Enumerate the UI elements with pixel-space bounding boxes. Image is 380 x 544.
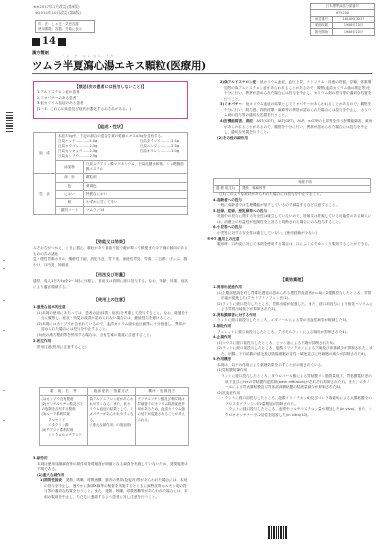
serious-side-effect: 4)肝機能障害、黄疸：AST(GOT)、ALT(GPT)、Al-P、γ-GTPの…: [213, 119, 373, 136]
composition-body: 本品7.5g中、下記の割合の混合生薬の乾燥エキス4.5gを含有する。 日局ハンゲ…: [56, 133, 188, 161]
herb: 日局カンゾウ………2.5g: [58, 154, 97, 159]
precautions-heading: 【使用上の注意】: [33, 297, 188, 303]
efficacy-indications: 急・慢性胃腸カタル、醗酵性下痢、消化不良、胃下垂、神経性胃炎、胃弱、二日酔、げっ…: [33, 257, 189, 268]
other-side-effects-title: (2)その他の副作用: [213, 136, 373, 142]
pharmacology-item: (2)ラットに経口前投与したところ、塩酸イリノテカンによる下痢及び体重減少が抑制…: [213, 346, 373, 357]
composition-heading: 【組成・性状】: [33, 124, 188, 130]
side-effect-title: 1)間質性肺炎: [40, 478, 62, 482]
property-name: 色: [56, 182, 84, 190]
serious-side-effect: 3)ミオパチー：低カリウム血症の結果としてミオパチーがあらわれることがあるので、…: [213, 102, 373, 119]
pharmacology-item: (1)上腹部愁訴を有し胃排出遅延の認められる慢性胃炎患者(n=8)に2週間投与し…: [213, 291, 373, 302]
revision-latest: ※※2017年1月改訂(第9版): [33, 4, 81, 10]
efficacy-description: みぞおちがつかえ、ときに悪心、嘔吐があり食欲不振で腹が鳴って軟便または下痢の傾向…: [33, 246, 189, 257]
side-effects-text: 本剤は使用成績調査等の副作用発現頻度が明確となる調査を実施していないため、発現頻…: [33, 462, 189, 473]
product-title: ツムラ半夏瀉心湯エキス顆粒(医療用): [32, 59, 206, 74]
column-header: 機序・危険因子: [136, 388, 189, 396]
frequency-header: 頻度不明: [240, 179, 371, 186]
side-barcode-icon: [6, 112, 13, 134]
interaction-subheading: 併用注意(併用に注意すること): [33, 345, 189, 351]
contraindications-box: 【禁忌(次の患者には投与しないこと)】 1.アルドステロン症の患者 2.ミオパチ…: [33, 81, 188, 119]
expiry-note: 使用期限：容器、外箱に表示: [38, 27, 92, 32]
other-side-effects-table: 頻度不明 過 敏 症注1)発疹、蕁麻疹等: [213, 178, 371, 193]
pharmacology-heading: 【薬効薬理】: [213, 277, 373, 283]
composition-table: 組 成 本品7.5g中、下記の割合の混合生薬の乾燥エキス4.5gを含有する。 日…: [33, 132, 188, 215]
column-header: 薬 剤 名 等: [40, 388, 88, 396]
additive-label: 添加物: [56, 161, 84, 174]
precaution-item: (1)本剤の使用にあたっては、患者の証(体質・症状)を考慮して投与すること。なお…: [33, 311, 189, 322]
property-name: 味: [56, 198, 84, 206]
interaction-table: 薬 剤 名 等 臨床症状・措置方法 機序・危険因子 (1)カンゾウ含有製剤 (2…: [39, 387, 189, 446]
right-column-mid: 注1)このような症状があらわれた場合には投与を中止すること。 4.高齢者への投与…: [213, 192, 373, 248]
property-value: 特異なにおい: [84, 190, 188, 198]
mechanism-item-text: ラットに経口投与したところ、タウロコール酸による胃粘膜リン脂質量低下、胃粘膜電位…: [213, 374, 373, 391]
dosage-heading: 【用法及び用量】: [33, 272, 188, 278]
product-number-text: 14: [42, 37, 56, 47]
side-effect-title: 4)肝機能障害、黄疸: [220, 119, 253, 123]
pharmacology-item: (2)ラットに経口投与したところ、胃排出能が促進した。また、経口前投与により塩化…: [213, 302, 373, 313]
efficacy-text: みぞおちがつかえ、ときに悪心、嘔吐があり食欲不振で腹が鳴って軟便または下痢の傾向…: [33, 246, 189, 268]
launch-value: 1986年10月: [333, 29, 375, 35]
interaction-drugs: (1)カンゾウ含有製剤 (2)グリチルリチン酸及びその塩類を含有する製剤 (3)…: [40, 396, 88, 446]
classification-table: 日本標準商品分類番号 875200 承認番号161AMI 3257 薬価収載19…: [310, 3, 375, 36]
drug-category: 漢方製剤: [32, 50, 49, 56]
black-square-icon: [32, 38, 40, 46]
herb-row: 日局カンゾウ………2.5g: [58, 154, 185, 159]
section-text: 妊娠中の投与に関する安全性は確立していないので、妊婦又は妊娠している可能性のある…: [213, 214, 373, 225]
pharmacology-body: 1.胃排出促進作用 (1)上腹部愁訴を有し胃排出遅延の認められる慢性胃炎患者(n…: [213, 285, 373, 419]
composition-label: 組 成: [34, 133, 56, 174]
pharmacology-text: ラットに経口前投与したところ、エタノールによる胃の出血性病変が軽減した3)。: [213, 318, 373, 324]
property-value: ツムラ／14: [84, 206, 188, 214]
revision-previous: ※2014年10月改訂(第8版): [33, 10, 81, 16]
property-value: 黄褐色: [84, 182, 188, 190]
side-effect-title: 2)偽アルドステロン症: [220, 80, 256, 84]
side-effects-section: 3.副作用 本剤は使用成績調査等の副作用発現頻度が明確となる調査を実施していない…: [33, 456, 189, 501]
revision-history: ※※2017年1月改訂(第9版) ※2014年10月改訂(第8版): [33, 4, 81, 16]
interaction-mechanism: グリチルリチン酸及び利尿剤は尿細管でのカリウム排泄促進作用があるため、血清カリウ…: [136, 396, 189, 446]
precautions-section1: 1.重要な基本的注意 (1)本剤の使用にあたっては、患者の証(体質・症状)を考慮…: [33, 305, 189, 351]
interaction-symptoms: 偽アルドステロン症があらわれやすくなる。また、低カリウム血症の結果として、ミオパ…: [88, 396, 136, 446]
precaution-item: (2)本剤にはカンゾウが含まれているので、血清カリウム値や血圧値等に十分留意し、…: [33, 322, 189, 333]
side-effect-title: 3)ミオパチー: [220, 102, 242, 106]
serious-side-effect: 2)偽アルドステロン症：低カリウム血症、血圧上昇、ナトリウム・体液の貯留、浮腫、…: [213, 80, 373, 102]
column-header: 臨床症状・措置方法: [88, 388, 136, 396]
black-square-icon: [58, 38, 66, 46]
property-value: 顆粒剤: [84, 174, 188, 182]
side-effect-text: ：低カリウム血症の結果としてミオパチーがあらわれることがあるので、観察を十分に行…: [224, 102, 371, 117]
dosage-text: 通常、成人1日7.5gを2～3回に分割し、食前又は食間に経口投与する。なお、年齢…: [33, 279, 189, 290]
property-name: 識別コード: [56, 206, 84, 214]
product-number: 14: [32, 37, 66, 47]
storage-box: 貯 法：しゃ光・気密容器 使用期限：容器、外箱に表示: [35, 20, 95, 33]
serious-side-effect: 1)間質性肺炎：発熱、咳嗽、呼吸困難、肺音の異常(捻髪音)等があらわれた場合には…: [33, 478, 189, 500]
blank-cell: [214, 179, 240, 186]
property-label: 性 状: [34, 174, 56, 214]
title-divider: [32, 73, 372, 74]
right-column-top: 2)偽アルドステロン症：低カリウム血症、血圧上昇、ナトリウム・体液の貯留、浮腫、…: [213, 80, 373, 141]
contraindication-reason: [1～3：これらの疾患及び症状が悪化するおそれがある。]: [37, 107, 184, 113]
mechanism-item-text: ・ラットに経口前投与したところ、塩酸イリノテカン6)及びコレラ毒素9)による大腸…: [213, 396, 373, 418]
launch-label: 販売開始: [311, 29, 333, 35]
side-effect-text: ：発熱、咳嗽、呼吸困難、肺音の異常(捻髪音)等があらわれた場合には、本剤の投与を…: [44, 478, 188, 499]
property-value: わずかに甘くて辛い: [84, 198, 188, 206]
property-name: におい: [56, 190, 84, 198]
pharmacology-text: フェレットに経口前投与したところ、アポモルフィンによる嘔吐が抑制された4)。: [213, 330, 373, 336]
section-text: 服用時：口内炎に対して本剤を使用する場合は、口にふくんでゆっくり服用することがで…: [213, 242, 373, 248]
efficacy-heading: 【効能又は効果】: [33, 239, 188, 245]
barcode-icon: [268, 526, 287, 539]
additive-value: 日局ステアリン酸マグネシウム、日局乳糖水和物、ショ糖脂肪酸エステル: [84, 161, 188, 174]
precaution-item: (3)他の漢方製剤等を併用する場合は、含有生薬の重複に注意すること。: [33, 333, 189, 339]
herb: 日局オウレン………1.0g: [140, 149, 179, 154]
property-name: 剤 形: [56, 174, 84, 182]
